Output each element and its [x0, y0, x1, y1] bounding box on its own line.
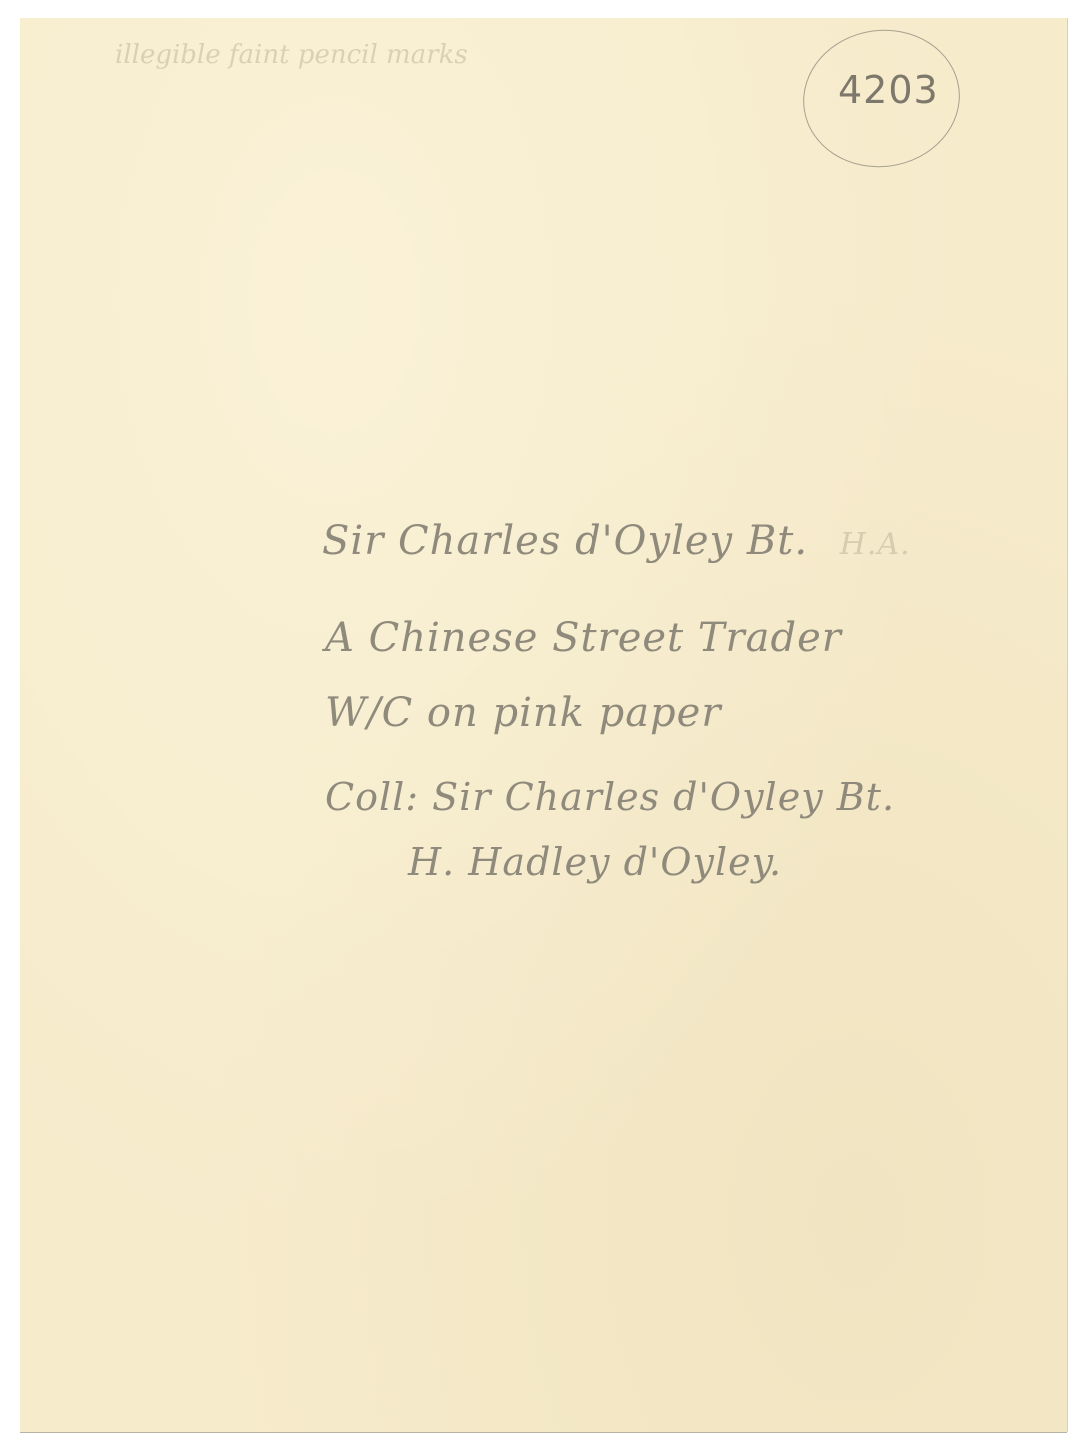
inscription-text: Sir Charles d'Oyley Bt. — [322, 518, 808, 564]
inventory-number: 4203 — [838, 68, 939, 112]
inscription-line-5: H. Hadley d'Oyley. — [408, 840, 782, 884]
inscription-faint-suffix: H.A. — [840, 527, 911, 562]
faint-top-marks: illegible faint pencil marks — [115, 40, 468, 70]
inscription-line-3: W/C on pink paper — [325, 690, 721, 736]
inscription-line-4: Coll: Sir Charles d'Oyley Bt. — [325, 775, 895, 819]
inscription-line-1: Sir Charles d'Oyley Bt. H.A. — [322, 518, 911, 564]
inscription-line-2: A Chinese Street Trader — [325, 615, 842, 661]
